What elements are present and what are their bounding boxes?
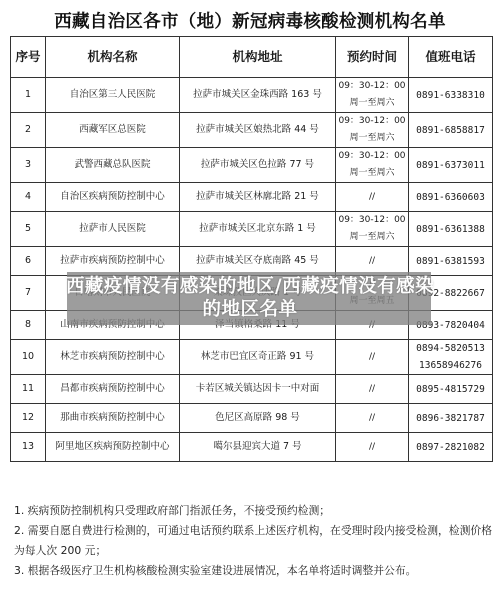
table-row: 10林芝市疾病预防控制中心林芝市巴宜区奇正路 91 号//0894-582051…: [11, 340, 493, 375]
table-row: 5拉萨市人民医院拉萨市城关区北京东路 1 号09：30-12：00周一至周六08…: [11, 212, 493, 247]
document-title: 西藏自治区各市（地）新冠病毒核酸检测机构名单: [0, 8, 500, 33]
phone-number: 0891-6373011: [409, 157, 492, 174]
header-phone: 值班电话: [409, 37, 493, 78]
cell-time: //: [336, 433, 409, 462]
cell-no: 8: [11, 311, 46, 340]
table-row: 12那曲市疾病预防控制中心色尼区高原路 98 号//0896-3821787: [11, 404, 493, 433]
header-no: 序号: [11, 37, 46, 78]
cell-no: 10: [11, 340, 46, 375]
time-line: //: [336, 410, 408, 427]
cell-address: 色尼区高原路 98 号: [180, 404, 336, 433]
phone-number: 0891-6361388: [409, 221, 492, 238]
cell-name: 拉萨市人民医院: [46, 212, 180, 247]
time-line: 09：30-12：00: [336, 113, 408, 130]
phone-number: 0894-5820513: [409, 340, 492, 357]
time-line: 周一至周六: [336, 165, 408, 182]
cell-address: 卡若区城关镇达因卡一中对面: [180, 375, 336, 404]
cell-phone: 0894-582051313658946276: [409, 340, 493, 375]
table-row: 4自治区疾病预防控制中心拉萨市城关区林廓北路 21 号//0891-636060…: [11, 183, 493, 212]
time-line: 09：30-12：00: [336, 212, 408, 229]
time-line: 周一至周六: [336, 95, 408, 112]
cell-phone: 0891-6360603: [409, 183, 493, 212]
cell-name: 武警西藏总队医院: [46, 148, 180, 183]
note-3: 3. 根据各级医疗卫生机构核酸检测实验室建设进展情况，本名单将适时调整并公布。: [14, 561, 494, 581]
cell-time: 09：30-12：00周一至周六: [336, 212, 409, 247]
time-line: 周一至周六: [336, 130, 408, 147]
cell-address: 林芝市巴宜区奇正路 91 号: [180, 340, 336, 375]
cell-name: 阿里地区疾病预防控制中心: [46, 433, 180, 462]
cell-no: 5: [11, 212, 46, 247]
cell-address: 拉萨市城关区色拉路 77 号: [180, 148, 336, 183]
cell-no: 2: [11, 113, 46, 148]
cell-name: 西藏军区总医院: [46, 113, 180, 148]
cell-phone: 0897-2821082: [409, 433, 493, 462]
cell-no: 4: [11, 183, 46, 212]
phone-number: 0896-3821787: [409, 410, 492, 427]
cell-no: 1: [11, 78, 46, 113]
cell-time: //: [336, 404, 409, 433]
cell-address: 噶尔县迎宾大道 7 号: [180, 433, 336, 462]
cell-time: 09：30-12：00周一至周六: [336, 148, 409, 183]
phone-number: 0895-4815729: [409, 381, 492, 398]
cell-time: 09：30-12：00周一至周六: [336, 113, 409, 148]
cell-phone: 0891-6373011: [409, 148, 493, 183]
note-1: 1. 疾病预防控制机构只受理政府部门指派任务，不接受预约检测；: [14, 501, 494, 521]
cell-name: 林芝市疾病预防控制中心: [46, 340, 180, 375]
cell-name: 自治区第三人民医院: [46, 78, 180, 113]
cell-address: 拉萨市城关区北京东路 1 号: [180, 212, 336, 247]
cell-time: //: [336, 375, 409, 404]
phone-number: 0891-6338310: [409, 87, 492, 104]
phone-number: 13658946276: [409, 357, 492, 374]
cell-time: 09：30-12：00周一至周六: [336, 78, 409, 113]
cell-no: 7: [11, 276, 46, 311]
cell-no: 12: [11, 404, 46, 433]
cell-time: //: [336, 340, 409, 375]
cell-no: 3: [11, 148, 46, 183]
header-name: 机构名称: [46, 37, 180, 78]
time-line: 09：30-12：00: [336, 78, 408, 95]
notes: 1. 疾病预防控制机构只受理政府部门指派任务，不接受预约检测； 2. 需要自愿自…: [14, 501, 494, 581]
testing-institutions-table: 序号 机构名称 机构地址 预约时间 值班电话 1自治区第三人民医院拉萨市城关区金…: [10, 36, 493, 462]
cell-name: 自治区疾病预防控制中心: [46, 183, 180, 212]
cell-no: 13: [11, 433, 46, 462]
note-2: 2. 需要自愿自费进行检测的，可通过电话预约联系上述医疗机构，在受理时段内接受检…: [14, 521, 494, 561]
phone-number: 0891-6360603: [409, 189, 492, 206]
cell-phone: 0895-4815729: [409, 375, 493, 404]
time-line: //: [336, 439, 408, 456]
cell-phone: 0891-6338310: [409, 78, 493, 113]
cell-address: 拉萨市城关区金珠西路 163 号: [180, 78, 336, 113]
time-line: 周一至周六: [336, 229, 408, 246]
time-line: //: [336, 381, 408, 398]
cell-time: //: [336, 183, 409, 212]
cell-name: 那曲市疾病预防控制中心: [46, 404, 180, 433]
time-line: //: [336, 189, 408, 206]
cell-no: 6: [11, 247, 46, 276]
cell-no: 11: [11, 375, 46, 404]
table-row: 2西藏军区总医院拉萨市城关区娘热北路 44 号09：30-12：00周一至周六0…: [11, 113, 493, 148]
phone-number: 0891-6381593: [409, 253, 492, 270]
header-address: 机构地址: [180, 37, 336, 78]
cell-address: 拉萨市城关区娘热北路 44 号: [180, 113, 336, 148]
time-line: //: [336, 253, 408, 270]
time-line: 09：30-12：00: [336, 148, 408, 165]
table-row: 13阿里地区疾病预防控制中心噶尔县迎宾大道 7 号//0897-2821082: [11, 433, 493, 462]
phone-number: 0897-2821082: [409, 439, 492, 456]
time-line: //: [336, 349, 408, 366]
header-time: 预约时间: [336, 37, 409, 78]
table-row: 1自治区第三人民医院拉萨市城关区金珠西路 163 号09：30-12：00周一至…: [11, 78, 493, 113]
cell-name: 昌都市疾病预防控制中心: [46, 375, 180, 404]
cell-phone: 0896-3821787: [409, 404, 493, 433]
table-row: 11昌都市疾病预防控制中心卡若区城关镇达因卡一中对面//0895-4815729: [11, 375, 493, 404]
table-row: 3武警西藏总队医院拉萨市城关区色拉路 77 号09：30-12：00周一至周六0…: [11, 148, 493, 183]
phone-number: 0891-6858817: [409, 122, 492, 139]
table-header-row: 序号 机构名称 机构地址 预约时间 值班电话: [11, 37, 493, 78]
cell-phone: 0891-6858817: [409, 113, 493, 148]
cell-phone: 0891-6361388: [409, 212, 493, 247]
cell-address: 拉萨市城关区林廓北路 21 号: [180, 183, 336, 212]
caption-overlay-text: 西藏疫情没有感染的地区/西藏疫情没有感染的地区名单: [60, 275, 440, 321]
